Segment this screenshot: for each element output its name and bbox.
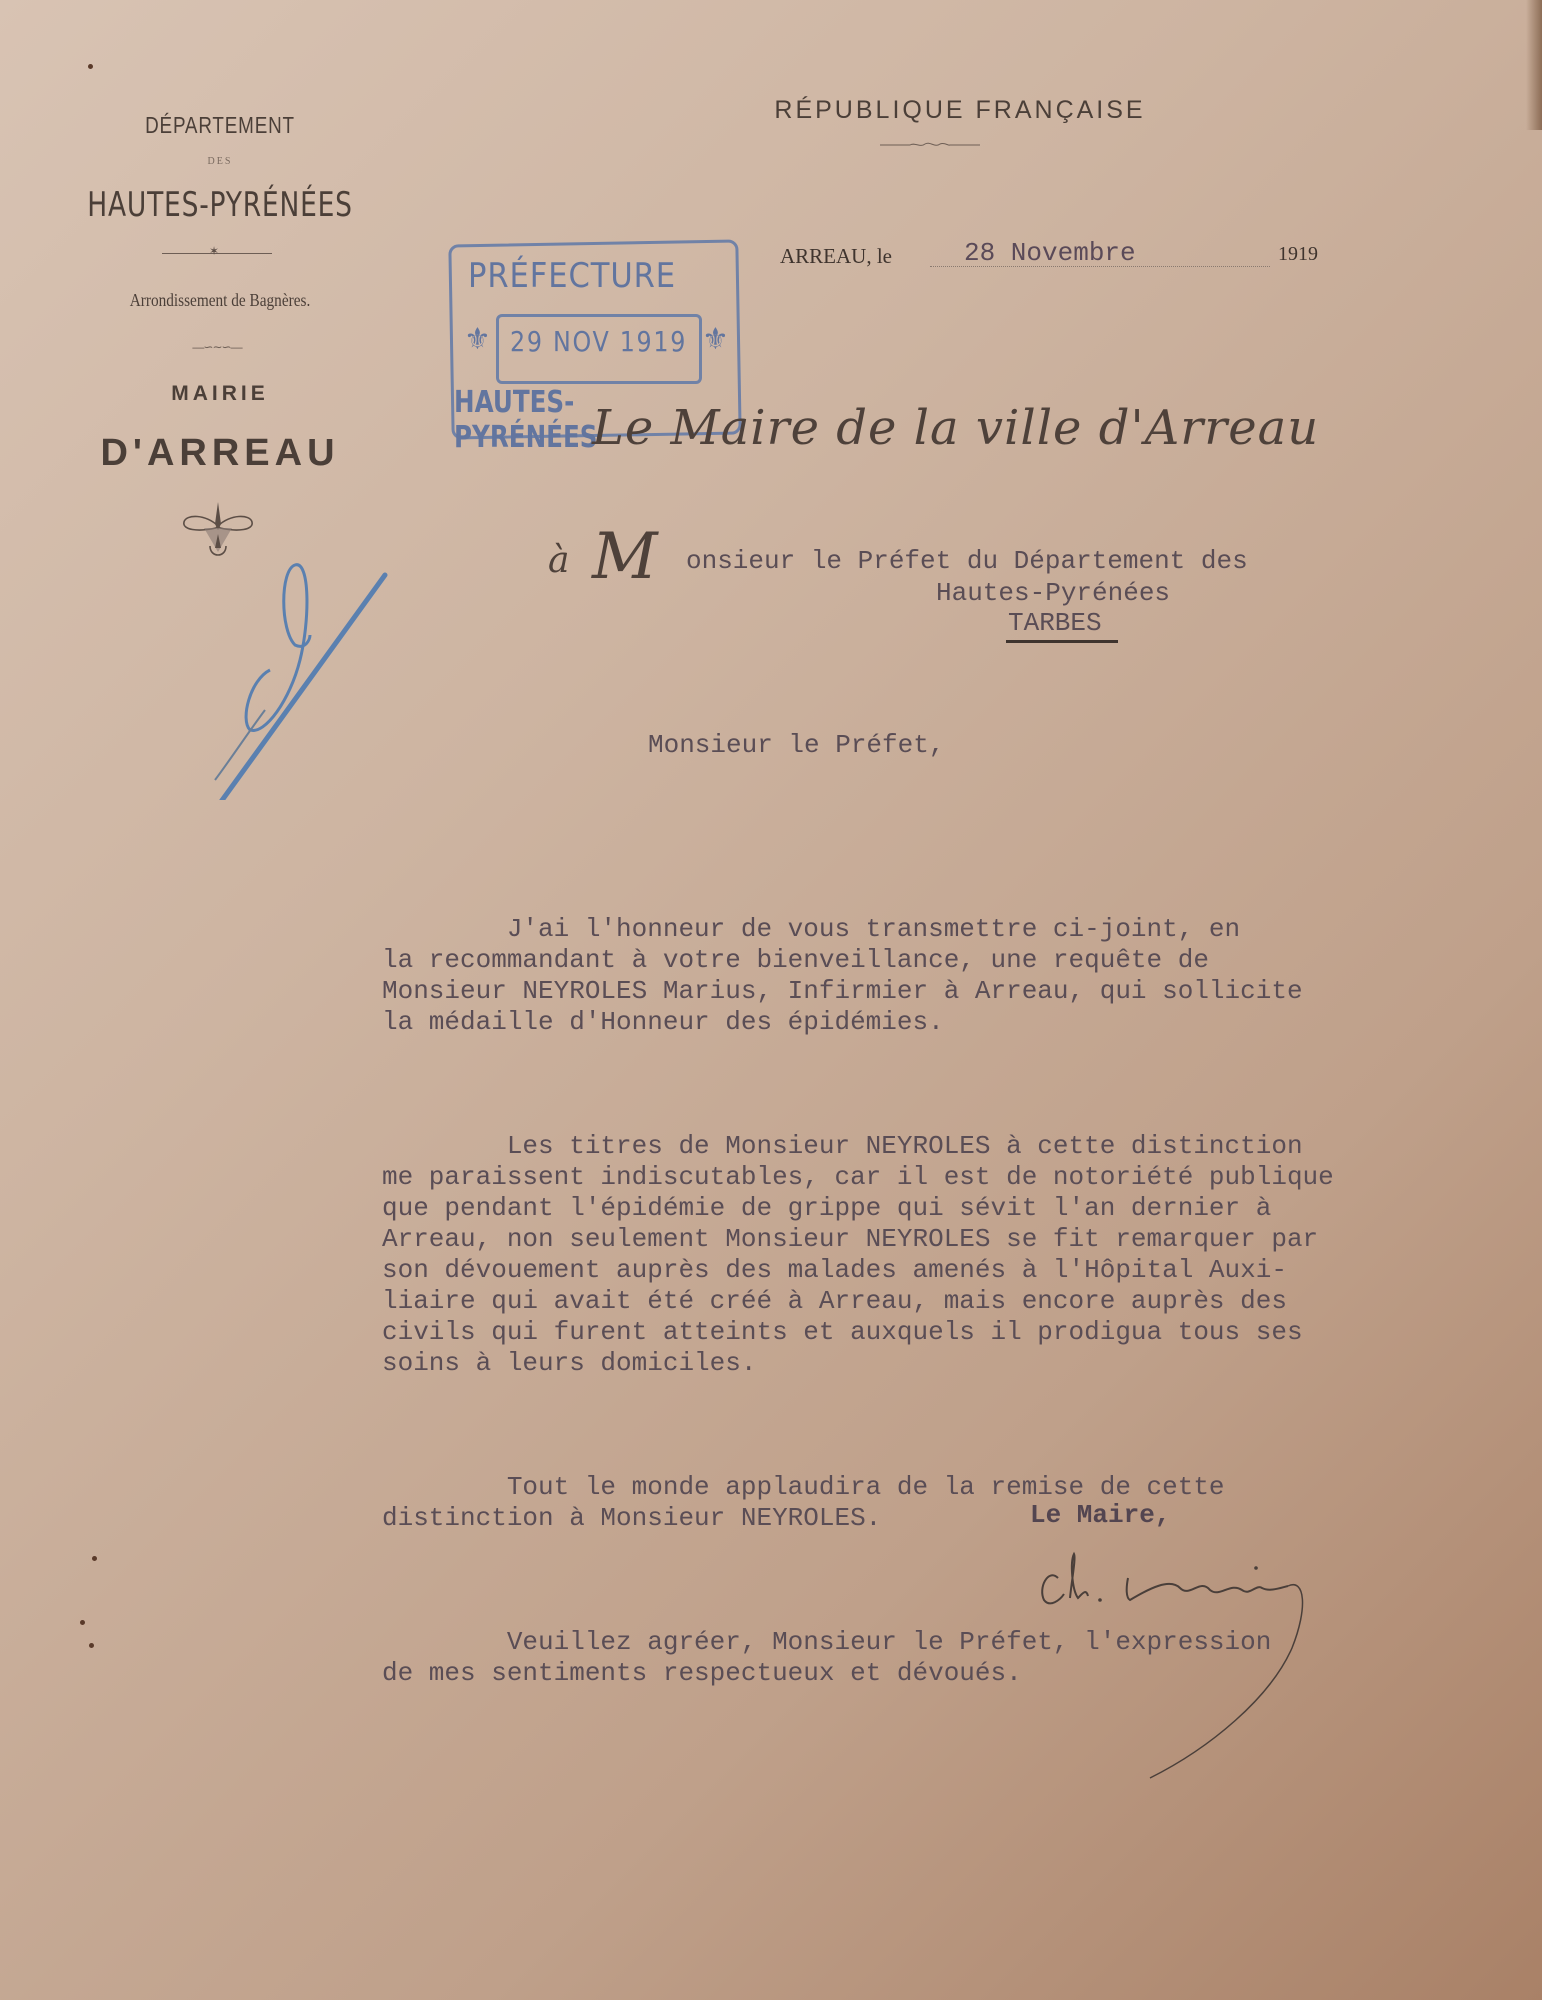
place-label: ARREAU, le [780, 244, 892, 269]
paragraph-justification: Les titres de Monsieur NEYROLES à cette … [382, 1131, 1334, 1379]
ornament-divider [162, 253, 272, 254]
year: 1919 [1278, 243, 1318, 266]
binding-hole [89, 1643, 94, 1648]
des-label: DES [40, 156, 400, 167]
paragraph-applause: Tout le monde applaudira de la remise de… [382, 1472, 1334, 1534]
fleur-de-lis-icon: ⚜ [702, 322, 729, 357]
stamp-top-text: PRÉFECTURE [468, 256, 676, 296]
department-name: HAUTES-PYRÉNÉES [80, 185, 361, 225]
signature-mayor [1030, 1548, 1360, 1788]
recipient-line-1: onsieur le Préfet du Département des [686, 546, 1248, 576]
binding-hole [88, 64, 93, 69]
town-name: D'ARREAU [40, 432, 400, 475]
recipient-initial: M [592, 520, 658, 594]
mairie-label: MAIRIE [40, 382, 400, 406]
paragraph-transmittal: J'ai l'honneur de vous transmettre ci-jo… [382, 914, 1334, 1038]
recipient-line-2: Hautes-Pyrénées [936, 578, 1170, 608]
ornament-divider [880, 140, 980, 150]
stamp-date: 29 NOV 1919 [510, 325, 687, 358]
arrondissement: Arrondissement de Bagnères. [67, 290, 373, 311]
recipient-city: TARBES [1008, 608, 1102, 638]
page-edge-shadow [1526, 0, 1542, 130]
fleur-de-lis-icon: ⚜ [464, 322, 491, 357]
binding-hole [92, 1556, 97, 1561]
blue-pencil-annotation [170, 520, 430, 800]
closing-title: Le Maire, [1030, 1500, 1170, 1530]
ornament-divider-small: —∽∼∽— [180, 340, 254, 354]
salutation: Monsieur le Préfet, [648, 730, 944, 760]
binding-hole [80, 1620, 85, 1625]
city-underline [1006, 640, 1118, 643]
date-typed: 28 Novembre [964, 238, 1136, 268]
recipient-prefix: à [548, 540, 569, 581]
department-label: DÉPARTEMENT [72, 112, 367, 139]
sender-script-line: Le Maire de la ville d'Arreau [592, 400, 1319, 456]
republic-heading: RÉPUBLIQUE FRANÇAISE [680, 96, 1240, 125]
